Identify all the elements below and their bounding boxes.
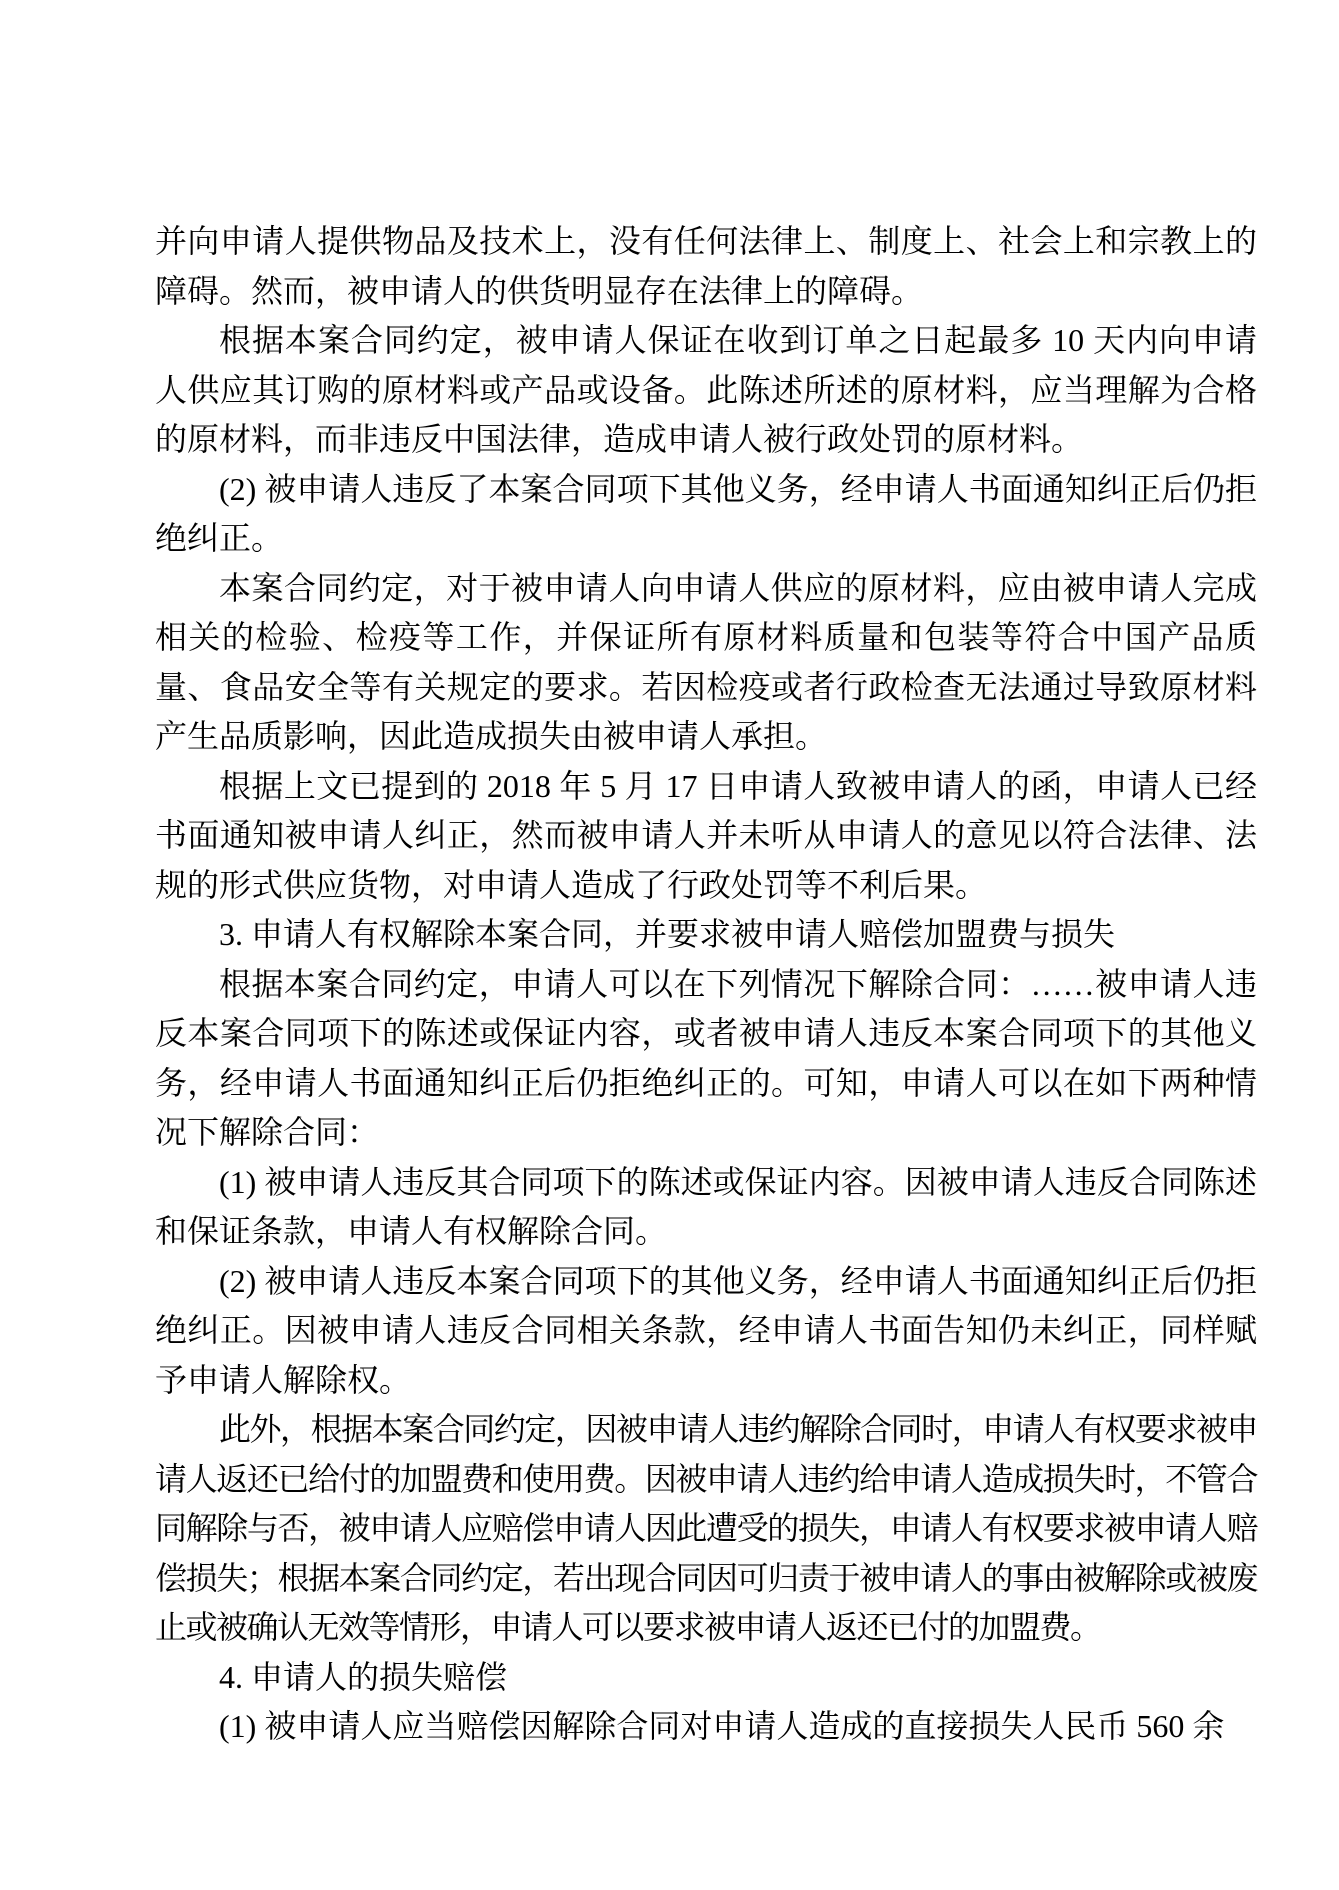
- heading-section-4: 4. 申请人的损失赔偿: [155, 1653, 1257, 1703]
- paragraph-condition-2: (2) 被申请人违反本案合同项下的其他义务，经申请人书面通知纠正后仍拒绝纠正。因…: [155, 1257, 1257, 1406]
- document-body: 并向申请人提供物品及技术上，没有任何法律上、制度上、社会上和宗教上的障碍。然而，…: [155, 217, 1257, 1752]
- document-page: 并向申请人提供物品及技术上，没有任何法律上、制度上、社会上和宗教上的障碍。然而，…: [0, 0, 1339, 1890]
- paragraph-written-notice-2018: 根据上文已提到的 2018 年 5 月 17 日申请人致被申请人的函，申请人已经…: [155, 762, 1257, 911]
- paragraph-direct-loss-claim: (1) 被申请人应当赔偿因解除合同对申请人造成的直接损失人民币 560 余: [155, 1702, 1257, 1752]
- paragraph-termination-conditions: 根据本案合同约定，申请人可以在下列情况下解除合同：……被申请人违反本案合同项下的…: [155, 960, 1257, 1158]
- paragraph-refund-and-damages: 此外，根据本案合同约定，因被申请人违约解除合同时，申请人有权要求被申请人返还已给…: [155, 1405, 1257, 1653]
- heading-section-3: 3. 申请人有权解除本案合同，并要求被申请人赔偿加盟费与损失: [155, 910, 1257, 960]
- paragraph-continuation: 并向申请人提供物品及技术上，没有任何法律上、制度上、社会上和宗教上的障碍。然而，…: [155, 217, 1257, 316]
- paragraph-condition-1: (1) 被申请人违反其合同项下的陈述或保证内容。因被申请人违反合同陈述和保证条款…: [155, 1158, 1257, 1257]
- paragraph-item-2-breach: (2) 被申请人违反了本案合同项下其他义务，经申请人书面通知纠正后仍拒绝纠正。: [155, 465, 1257, 564]
- paragraph-contract-supply-terms: 根据本案合同约定，被申请人保证在收到订单之日起最多 10 天内向申请人供应其订购…: [155, 316, 1257, 465]
- paragraph-inspection-obligations: 本案合同约定，对于被申请人向申请人供应的原材料，应由被申请人完成相关的检验、检疫…: [155, 564, 1257, 762]
